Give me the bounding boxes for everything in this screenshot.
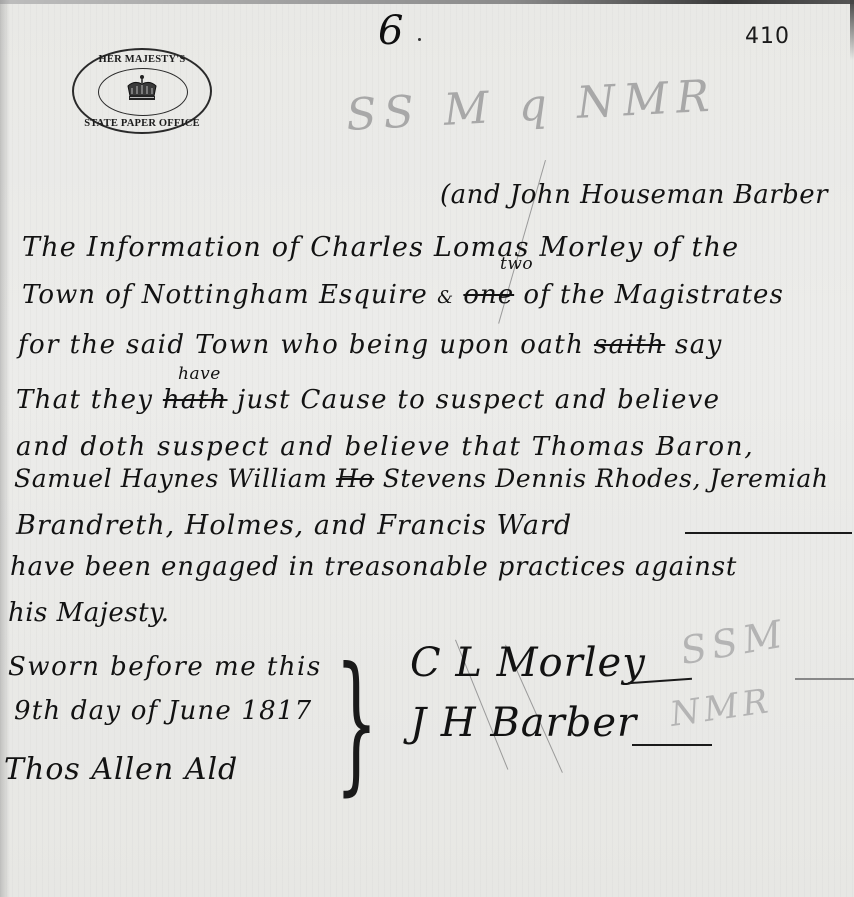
body-line-6-start: Samuel Haynes William xyxy=(14,464,328,493)
insertion-two: two xyxy=(500,254,533,274)
document-page: HER MAJESTY'S STATE PAPER OFFICE 6 410 S… xyxy=(0,0,854,897)
jurat-line-2: 9th day of June 1817 xyxy=(14,696,312,726)
crown-icon xyxy=(124,74,160,104)
stamp-top-text: HER MAJESTY'S xyxy=(74,54,210,65)
body-line-4: That they hath just Cause to suspect and… xyxy=(16,385,720,415)
insertion-john-houseman-barber: (and John Houseman Barber xyxy=(440,180,828,210)
body-line-4-start: That they xyxy=(16,385,153,415)
struck-word: saith xyxy=(594,330,665,360)
body-line-2: Town of Nottingham Esquire & one of the … xyxy=(22,280,784,310)
pencil-annotation-top: SS M q NMR xyxy=(345,71,719,141)
struck-word: Ho xyxy=(336,464,374,493)
state-paper-office-stamp: HER MAJESTY'S STATE PAPER OFFICE xyxy=(72,48,212,134)
body-line-6-end: Stevens Dennis Rhodes, Jeremiah xyxy=(383,464,829,493)
jurat-line-1: Sworn before me this xyxy=(8,652,322,682)
page-number: 410 xyxy=(745,24,790,49)
stamp-bottom-text: STATE PAPER OFFICE xyxy=(74,118,210,129)
struck-word: one xyxy=(463,280,514,310)
pencil-annotation-right-bottom: NMR xyxy=(668,681,775,735)
body-line-2-end: of the Magistrates xyxy=(523,280,783,310)
body-line-8: have been engaged in treasonable practic… xyxy=(10,552,737,582)
signature-morley: C L Morley xyxy=(410,640,646,686)
jurat-signature: Thos Allen Ald xyxy=(4,752,238,787)
page-top-edge xyxy=(0,0,854,4)
body-line-5: and doth suspect and believe that Thomas… xyxy=(16,432,754,462)
body-line-3: for the said Town who being upon oath sa… xyxy=(18,330,723,360)
body-line-3-end: say xyxy=(675,330,723,360)
bracket-brace: } xyxy=(335,648,378,798)
pencil-dash xyxy=(795,678,854,680)
folio-number: 6 xyxy=(378,8,403,54)
body-line-9: his Majesty. xyxy=(8,598,170,628)
body-line-6: Samuel Haynes William Ho Stevens Dennis … xyxy=(14,464,829,493)
struck-word: hath xyxy=(163,385,228,415)
caret-mark: & xyxy=(437,287,454,308)
line-fill-rule xyxy=(685,532,852,534)
insertion-have: have xyxy=(178,364,221,384)
pencil-annotation-right-top: SSM xyxy=(677,611,791,673)
signature-underline xyxy=(632,744,712,746)
page-right-edge xyxy=(850,0,854,60)
body-line-1: The Information of Charles Lomas Morley … xyxy=(22,232,739,263)
body-line-7: Brandreth, Holmes, and Francis Ward xyxy=(16,510,572,541)
folio-dot xyxy=(418,38,421,41)
body-line-4-end: just Cause to suspect and believe xyxy=(237,385,720,415)
body-line-2-start: Town of Nottingham Esquire xyxy=(22,280,428,310)
body-line-3-start: for the said Town who being upon oath xyxy=(18,330,584,360)
signature-barber: J H Barber xyxy=(410,700,637,746)
